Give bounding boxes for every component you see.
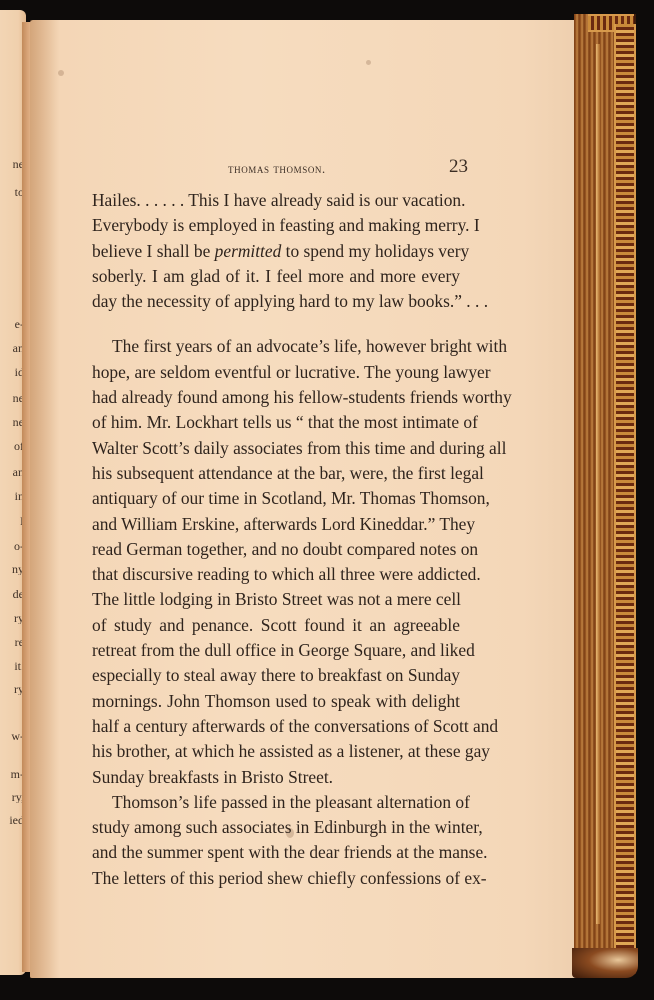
- text-line: that discursive reading to which all thr…: [92, 562, 460, 587]
- text-line: had already found among his fellow-stude…: [92, 385, 460, 410]
- text-line: study among such associates in Edinburgh…: [92, 815, 460, 840]
- book-page: THOMAS THOMSON. 23 Hailes. . . . . . Thi…: [30, 20, 578, 978]
- text-line: Hailes. . . . . . This I have already sa…: [92, 188, 460, 213]
- running-head: THOMAS THOMSON. 23: [30, 155, 578, 179]
- facing-page-fragment: I: [0, 515, 24, 527]
- facing-page-fragment: ny: [0, 563, 24, 575]
- facing-page-fragment: an: [0, 342, 24, 354]
- cover-corner: [572, 948, 638, 978]
- text-line: and the summer spent with the dear frien…: [92, 840, 460, 865]
- facing-page-fragment: ry,: [0, 791, 24, 803]
- text-line: Walter Scott’s daily associates from thi…: [92, 436, 460, 461]
- facing-page-fragment: ne: [0, 416, 24, 428]
- text-line: read German together, and no doubt compa…: [92, 537, 460, 562]
- facing-page-fragment: ne: [0, 392, 24, 404]
- paragraph-quote-end: Hailes. . . . . . This I have already sa…: [92, 188, 460, 314]
- facing-page-fragment: id: [0, 366, 24, 378]
- text-line: day the necessity of applying hard to my…: [92, 289, 460, 314]
- facing-page-fragment: of: [0, 440, 24, 452]
- text-line: his subsequent attendance at the bar, we…: [92, 461, 460, 486]
- body-text: Hailes. . . . . . This I have already sa…: [92, 188, 460, 891]
- text-line: Everybody is employed in feasting and ma…: [92, 213, 460, 238]
- facing-page-fragment: de: [0, 588, 24, 600]
- text-line: Thomson’s life passed in the pleasant al…: [92, 790, 460, 815]
- facing-page-fragment: e-: [0, 318, 24, 330]
- facing-page-fragment: ry: [0, 683, 24, 695]
- text-span: to spend my holidays very: [281, 241, 469, 261]
- italic-word: permitted: [215, 241, 282, 261]
- facing-page-fragment: o-: [0, 540, 24, 552]
- text-line: his brother, at which he assisted as a l…: [92, 739, 460, 764]
- facing-page-fragment: an: [0, 466, 24, 478]
- gilt-rule: [596, 44, 600, 924]
- paper-speck: [366, 60, 371, 65]
- text-line: and William Erskine, afterwards Lord Kin…: [92, 512, 460, 537]
- text-line: especially to steal away there to breakf…: [92, 663, 460, 688]
- text-line: antiquary of our time in Scotland, Mr. T…: [92, 486, 460, 511]
- facing-page-fragment: ied: [0, 814, 24, 826]
- paragraph-pleasant-alternation: Thomson’s life passed in the pleasant al…: [92, 790, 460, 891]
- facing-page-fragment: ry: [0, 612, 24, 624]
- facing-page-fragment: m-: [0, 768, 24, 780]
- text-line: of study and penance. Scott found it an …: [92, 613, 460, 638]
- facing-page-fragment: it.: [0, 660, 24, 672]
- text-line: The first years of an advocate’s life, h…: [92, 334, 460, 359]
- text-span: believe I shall be: [92, 241, 215, 261]
- section-gap: [92, 314, 460, 334]
- text-line: Sunday breakfasts in Bristo Street.: [92, 765, 460, 790]
- paragraph-advocate-life: The first years of an advocate’s life, h…: [92, 334, 460, 789]
- text-line: soberly. I am glad of it. I feel more an…: [92, 264, 460, 289]
- greek-key-border: [614, 24, 636, 964]
- facing-page-fragment: w-: [0, 730, 24, 742]
- running-title: THOMAS THOMSON.: [228, 162, 326, 177]
- text-line: of him. Mr. Lockhart tells us “ that the…: [92, 410, 460, 435]
- text-line: half a century afterwards of the convers…: [92, 714, 460, 739]
- text-line: mornings. John Thomson used to speak wit…: [92, 689, 460, 714]
- text-line: retreat from the dull office in George S…: [92, 638, 460, 663]
- facing-page-fragment: in: [0, 490, 24, 502]
- text-line: believe I shall be permitted to spend my…: [92, 239, 460, 264]
- facing-page-fragment: re: [0, 636, 24, 648]
- page-number: 23: [449, 156, 468, 178]
- text-line: hope, are seldom eventful or lucrative. …: [92, 360, 460, 385]
- paper-speck: [58, 70, 64, 76]
- text-line: The little lodging in Bristo Street was …: [92, 587, 460, 612]
- text-line: The letters of this period shew chiefly …: [92, 866, 460, 891]
- facing-page-fragment: ne: [0, 158, 24, 170]
- gilt-page-edge: [574, 14, 636, 974]
- facing-page-fragment: to: [0, 186, 24, 198]
